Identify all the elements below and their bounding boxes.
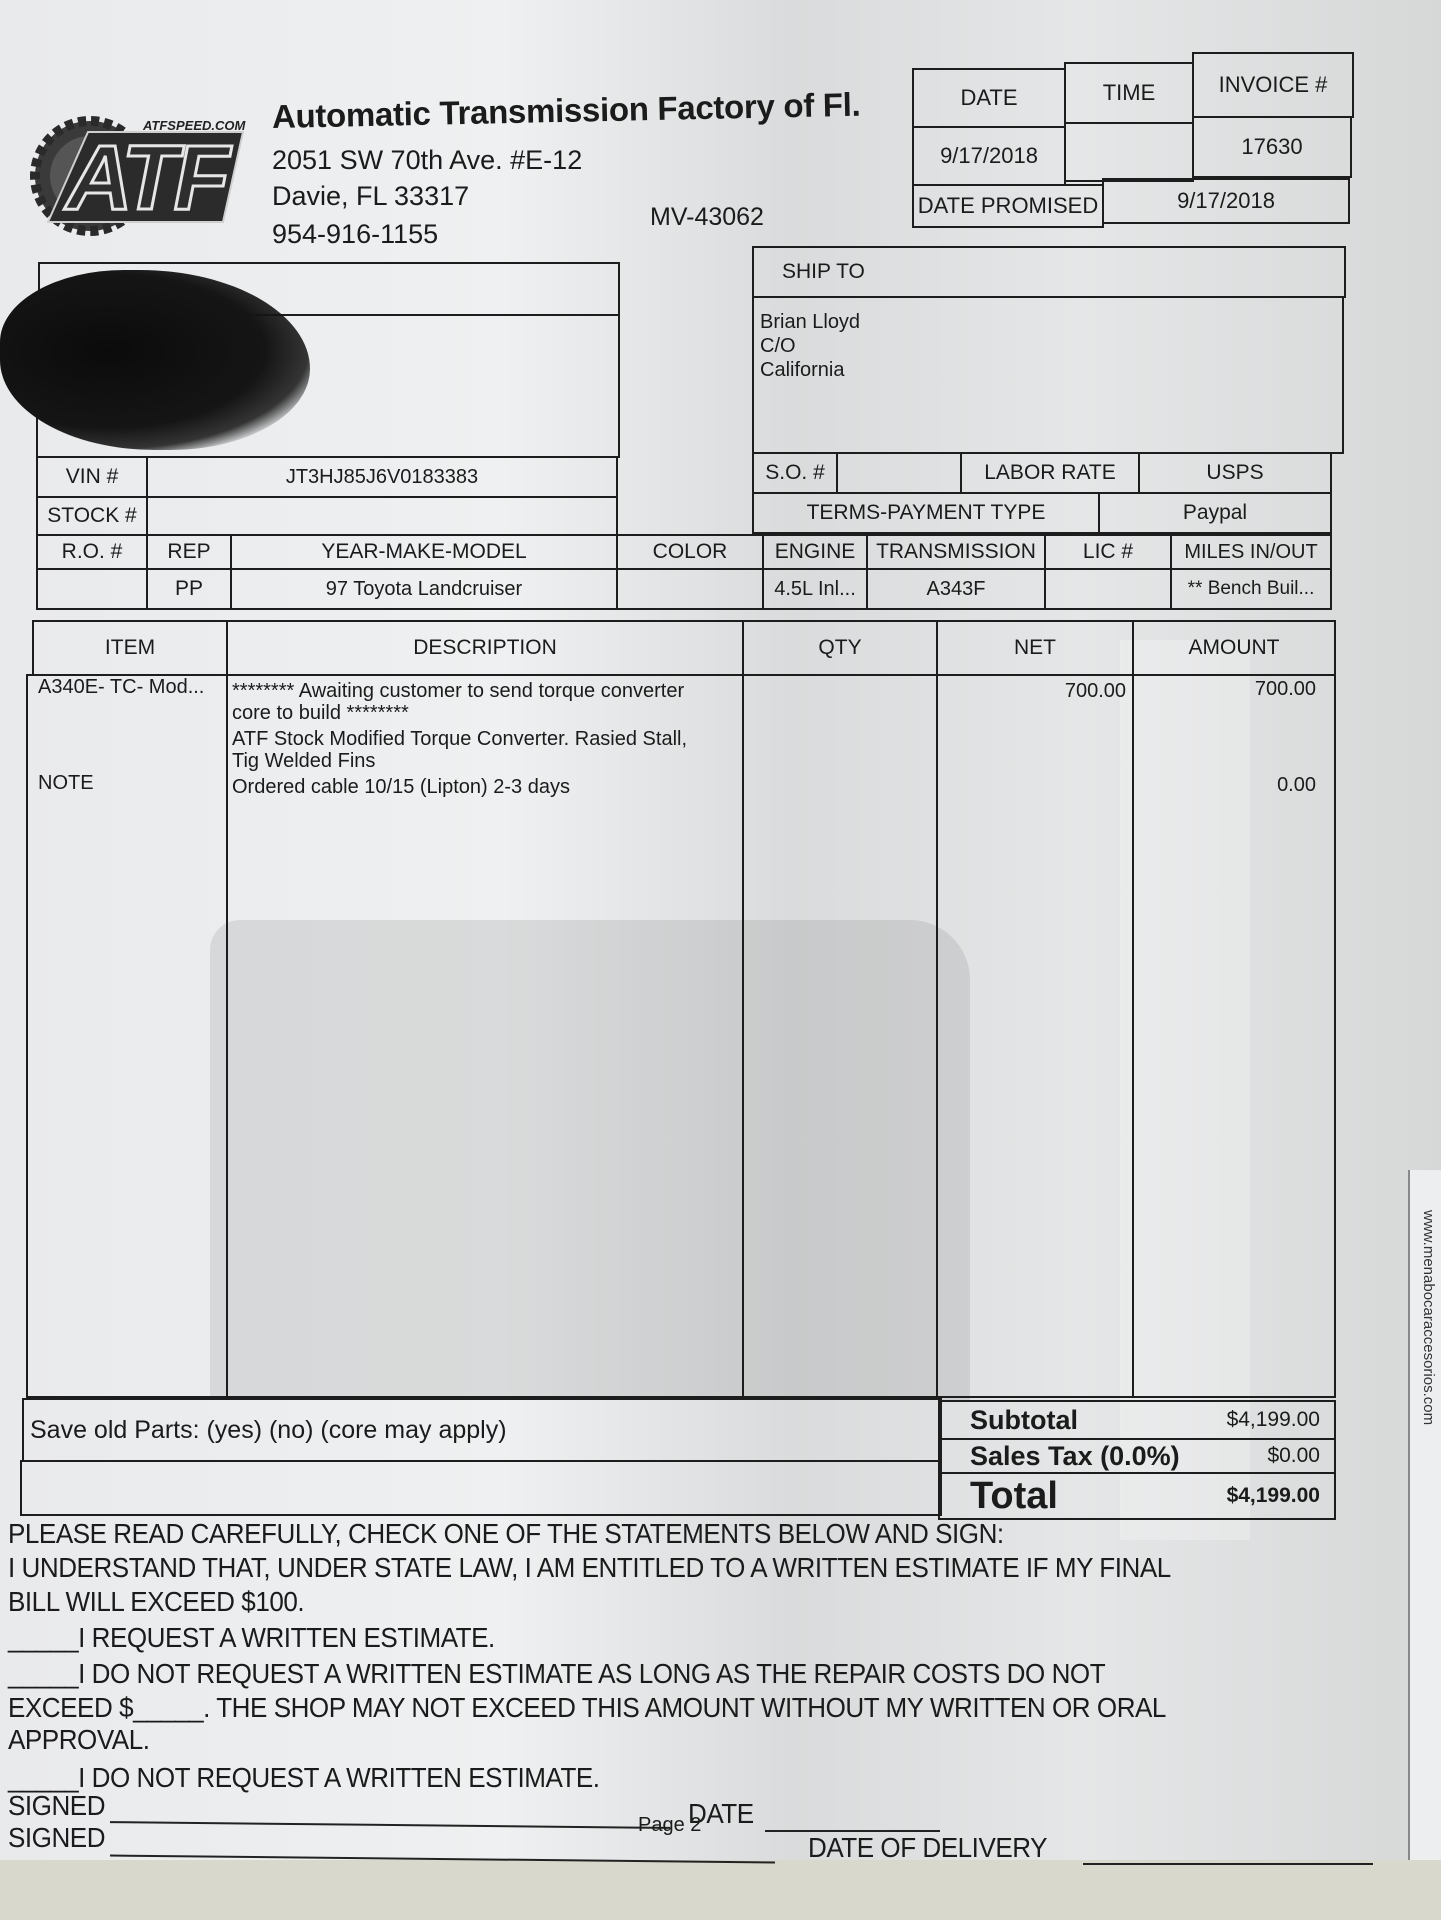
- amount-value: 700.00: [1180, 678, 1316, 701]
- signed-label-2: SIGNED: [8, 1822, 105, 1854]
- transmission-label: TRANSMISSION: [866, 534, 1046, 570]
- license-number: MV-43062: [650, 203, 764, 232]
- invoice-number-value: 17630: [1192, 116, 1352, 178]
- ro-value: [36, 568, 148, 610]
- stock-label: STOCK #: [36, 496, 148, 536]
- col-header-net: NET: [936, 620, 1134, 676]
- invoice-number-label: INVOICE #: [1192, 52, 1354, 118]
- labor-rate-label: LABOR RATE: [960, 452, 1140, 494]
- col-header-description: DESCRIPTION: [226, 620, 744, 676]
- amount-value: 0.00: [1180, 774, 1316, 797]
- signature-line-2[interactable]: [110, 1855, 775, 1864]
- description-line: core to build ********: [232, 702, 409, 725]
- rep-value: PP: [146, 568, 232, 610]
- save-old-parts-text: Save old Parts: (yes) (no) (core may app…: [30, 1416, 507, 1445]
- description-line: ATF Stock Modified Torque Converter. Ras…: [232, 728, 687, 751]
- sales-tax-value: $0.00: [1267, 1444, 1320, 1468]
- option-no-estimate-limit[interactable]: _____I DO NOT REQUEST A WRITTEN ESTIMATE…: [8, 1658, 1105, 1690]
- subtotal-row: Subtotal $4,199.00: [938, 1400, 1336, 1440]
- lic-label: LIC #: [1044, 534, 1172, 570]
- floor-background: [0, 1860, 1441, 1920]
- date-of-delivery-line[interactable]: [1083, 1863, 1373, 1865]
- labor-rate-value: USPS: [1138, 452, 1332, 494]
- subtotal-value: $4,199.00: [1227, 1408, 1320, 1432]
- option-limit-amount[interactable]: EXCEED $_____. THE SHOP MAY NOT EXCEED T…: [8, 1692, 1166, 1724]
- time-value: [1064, 122, 1194, 182]
- col-header-qty: QTY: [742, 620, 938, 676]
- date-label: DATE: [912, 68, 1066, 128]
- company-phone: 954-916-1155: [272, 219, 438, 250]
- option-request-estimate[interactable]: _____I REQUEST A WRITTEN ESTIMATE.: [8, 1622, 495, 1654]
- color-label: COLOR: [616, 534, 764, 570]
- item-code: NOTE: [38, 772, 94, 795]
- qty-column: [742, 674, 938, 1398]
- address-line-2: Davie, FL 33317: [272, 181, 469, 212]
- terms-payment-label: TERMS-PAYMENT TYPE: [752, 492, 1100, 534]
- atf-logo: ATFSPEED.COM ATF: [28, 112, 268, 237]
- rep-label: REP: [146, 534, 232, 570]
- description-line: Ordered cable 10/15 (Lipton) 2-3 days: [232, 776, 570, 799]
- year-make-model-value: 97 Toyota Landcruiser: [230, 568, 618, 610]
- engine-label: ENGINE: [762, 534, 868, 570]
- notes-box: [20, 1460, 942, 1516]
- col-header-item: ITEM: [32, 620, 228, 676]
- miles-label: MILES IN/OUT: [1170, 534, 1332, 570]
- net-value: 700.00: [1000, 680, 1126, 703]
- option-approval: APPROVAL.: [8, 1724, 150, 1756]
- net-column: [936, 674, 1134, 1398]
- description-line: ******** Awaiting customer to send torqu…: [232, 680, 684, 703]
- item-code: A340E- TC- Mod...: [38, 676, 204, 699]
- address-line-1: 2051 SW 70th Ave. #E-12: [272, 145, 582, 176]
- vin-label: VIN #: [36, 456, 148, 498]
- signed-label-1: SIGNED: [8, 1790, 105, 1822]
- date-promised-label: DATE PROMISED: [912, 184, 1104, 228]
- sales-tax-row: Sales Tax (0.0%) $0.00: [938, 1438, 1336, 1474]
- time-label: TIME: [1064, 62, 1194, 124]
- miles-value: ** Bench Buil...: [1170, 568, 1332, 610]
- legal-statement-line1: I UNDERSTAND THAT, UNDER STATE LAW, I AM…: [8, 1552, 1171, 1584]
- so-value: [836, 452, 962, 494]
- legal-statement-line2: BILL WILL EXCEED $100.: [8, 1586, 304, 1618]
- date-label: DATE: [688, 1798, 754, 1830]
- save-old-parts-box: Save old Parts: (yes) (no) (core may app…: [22, 1398, 942, 1462]
- ship-to-care-of: C/O: [760, 334, 796, 358]
- ro-label: R.O. #: [36, 534, 148, 570]
- vin-value: JT3HJ85J6V0183383: [146, 456, 618, 498]
- ship-to-name: Brian Lloyd: [760, 310, 860, 334]
- so-label: S.O. #: [752, 452, 838, 494]
- stock-value: [146, 496, 618, 536]
- side-website-text: www.menabocaraccesorios.com: [1420, 1210, 1437, 1425]
- total-value: $4,199.00: [1227, 1484, 1320, 1508]
- color-value: [616, 568, 764, 610]
- date-promised-value: 9/17/2018: [1102, 178, 1350, 224]
- col-header-amount: AMOUNT: [1132, 620, 1336, 676]
- company-name: Automatic Transmission Factory of Fl.: [272, 86, 861, 136]
- transmission-value: A343F: [866, 568, 1046, 610]
- logo-text: ATF: [66, 132, 226, 224]
- ship-to-content: Brian Lloyd C/O California: [752, 296, 1344, 454]
- terms-payment-value: Paypal: [1098, 492, 1332, 534]
- signature-line-1[interactable]: [110, 1821, 670, 1829]
- engine-value: 4.5L Inl...: [762, 568, 868, 610]
- year-make-model-label: YEAR-MAKE-MODEL: [230, 534, 618, 570]
- ship-to-state: California: [760, 358, 844, 382]
- lic-value: [1044, 568, 1172, 610]
- date-value: 9/17/2018: [912, 126, 1066, 186]
- date-of-delivery-label: DATE OF DELIVERY: [808, 1832, 1047, 1864]
- legal-instruction: PLEASE READ CAREFULLY, CHECK ONE OF THE …: [8, 1518, 1004, 1550]
- sales-tax-label: Sales Tax (0.0%): [970, 1441, 1180, 1472]
- total-label: Total: [970, 1475, 1058, 1518]
- total-row: Total $4,199.00: [938, 1472, 1336, 1520]
- description-line: Tig Welded Fins: [232, 750, 375, 773]
- subtotal-label: Subtotal: [970, 1405, 1078, 1436]
- ship-to-label: SHIP TO: [752, 246, 1346, 298]
